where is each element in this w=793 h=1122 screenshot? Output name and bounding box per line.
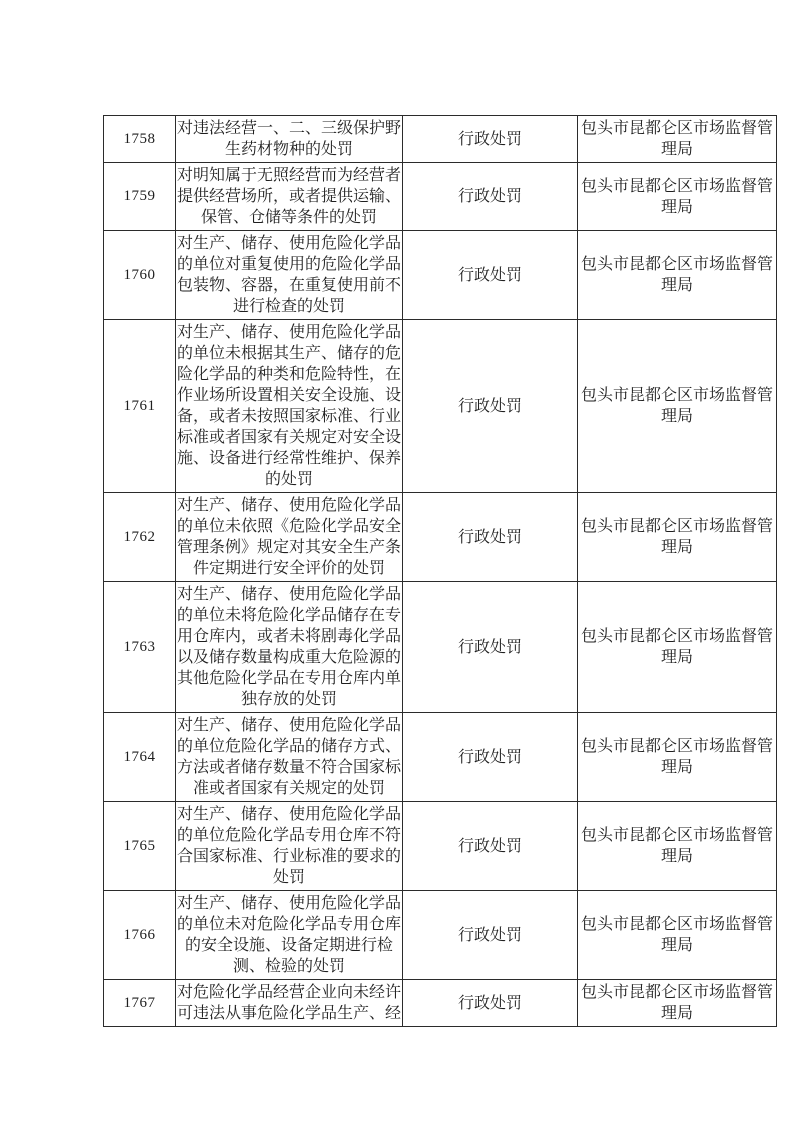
- authority-cell: 包头市昆都仑区市场监督管理局: [578, 320, 777, 493]
- table-row: 1763 对生产、储存、使用危险化学品的单位未将危险化学品储存在专用仓库内，或者…: [104, 582, 777, 713]
- authority-cell: 包头市昆都仑区市场监督管理局: [578, 713, 777, 802]
- penalty-type-cell: 行政处罚: [403, 320, 578, 493]
- penalty-item-cell: 对生产、储存、使用危险化学品的单位危险化学品的储存方式、方法或者储存数量不符合国…: [176, 713, 403, 802]
- table-row: 1761 对生产、储存、使用危险化学品的单位未根据其生产、储存的危险化学品的种类…: [104, 320, 777, 493]
- penalty-type-cell: 行政处罚: [403, 713, 578, 802]
- table-row: 1762 对生产、储存、使用危险化学品的单位未依照《危险化学品安全管理条例》规定…: [104, 493, 777, 582]
- penalty-table: 1758 对违法经营一、二、三级保护野生药材物种的处罚 行政处罚 包头市昆都仑区…: [103, 115, 777, 1027]
- penalty-item-cell: 对生产、储存、使用危险化学品的单位未将危险化学品储存在专用仓库内，或者未将剧毒化…: [176, 582, 403, 713]
- table-row: 1759 对明知属于无照经营而为经营者提供经营场所，或者提供运输、保管、仓储等条…: [104, 163, 777, 231]
- authority-cell: 包头市昆都仑区市场监督管理局: [578, 493, 777, 582]
- penalty-item-cell: 对违法经营一、二、三级保护野生药材物种的处罚: [176, 116, 403, 163]
- penalty-item-cell: 对生产、储存、使用危险化学品的单位危险化学品专用仓库不符合国家标准、行业标准的要…: [176, 802, 403, 891]
- authority-cell: 包头市昆都仑区市场监督管理局: [578, 891, 777, 980]
- penalty-type-cell: 行政处罚: [403, 802, 578, 891]
- row-number-cell: 1762: [104, 493, 176, 582]
- penalty-item-cell: 对生产、储存、使用危险化学品的单位对重复使用的危险化学品包装物、容器，在重复使用…: [176, 231, 403, 320]
- penalty-item-cell: 对危险化学品经营企业向未经许可违法从事危险化学品生产、经: [176, 980, 403, 1027]
- penalty-table-body: 1758 对违法经营一、二、三级保护野生药材物种的处罚 行政处罚 包头市昆都仑区…: [104, 116, 777, 1027]
- authority-cell: 包头市昆都仑区市场监督管理局: [578, 231, 777, 320]
- table-row: 1764 对生产、储存、使用危险化学品的单位危险化学品的储存方式、方法或者储存数…: [104, 713, 777, 802]
- authority-cell: 包头市昆都仑区市场监督管理局: [578, 802, 777, 891]
- table-row: 1760 对生产、储存、使用危险化学品的单位对重复使用的危险化学品包装物、容器，…: [104, 231, 777, 320]
- penalty-item-cell: 对明知属于无照经营而为经营者提供经营场所，或者提供运输、保管、仓储等条件的处罚: [176, 163, 403, 231]
- row-number-cell: 1767: [104, 980, 176, 1027]
- row-number-cell: 1764: [104, 713, 176, 802]
- row-number-cell: 1758: [104, 116, 176, 163]
- authority-cell: 包头市昆都仑区市场监督管理局: [578, 116, 777, 163]
- table-row: 1766 对生产、储存、使用危险化学品的单位未对危险化学品专用仓库的安全设施、设…: [104, 891, 777, 980]
- document-page: 1758 对违法经营一、二、三级保护野生药材物种的处罚 行政处罚 包头市昆都仑区…: [0, 0, 793, 1122]
- penalty-type-cell: 行政处罚: [403, 493, 578, 582]
- penalty-type-cell: 行政处罚: [403, 582, 578, 713]
- row-number-cell: 1763: [104, 582, 176, 713]
- penalty-item-cell: 对生产、储存、使用危险化学品的单位未依照《危险化学品安全管理条例》规定对其安全生…: [176, 493, 403, 582]
- penalty-item-cell: 对生产、储存、使用危险化学品的单位未根据其生产、储存的危险化学品的种类和危险特性…: [176, 320, 403, 493]
- authority-cell: 包头市昆都仑区市场监督管理局: [578, 980, 777, 1027]
- penalty-type-cell: 行政处罚: [403, 891, 578, 980]
- penalty-type-cell: 行政处罚: [403, 980, 578, 1027]
- table-row: 1767 对危险化学品经营企业向未经许可违法从事危险化学品生产、经 行政处罚 包…: [104, 980, 777, 1027]
- penalty-item-cell: 对生产、储存、使用危险化学品的单位未对危险化学品专用仓库的安全设施、设备定期进行…: [176, 891, 403, 980]
- penalty-type-cell: 行政处罚: [403, 231, 578, 320]
- authority-cell: 包头市昆都仑区市场监督管理局: [578, 582, 777, 713]
- row-number-cell: 1766: [104, 891, 176, 980]
- penalty-type-cell: 行政处罚: [403, 116, 578, 163]
- row-number-cell: 1760: [104, 231, 176, 320]
- row-number-cell: 1765: [104, 802, 176, 891]
- penalty-type-cell: 行政处罚: [403, 163, 578, 231]
- table-row: 1765 对生产、储存、使用危险化学品的单位危险化学品专用仓库不符合国家标准、行…: [104, 802, 777, 891]
- authority-cell: 包头市昆都仑区市场监督管理局: [578, 163, 777, 231]
- table-row: 1758 对违法经营一、二、三级保护野生药材物种的处罚 行政处罚 包头市昆都仑区…: [104, 116, 777, 163]
- row-number-cell: 1759: [104, 163, 176, 231]
- row-number-cell: 1761: [104, 320, 176, 493]
